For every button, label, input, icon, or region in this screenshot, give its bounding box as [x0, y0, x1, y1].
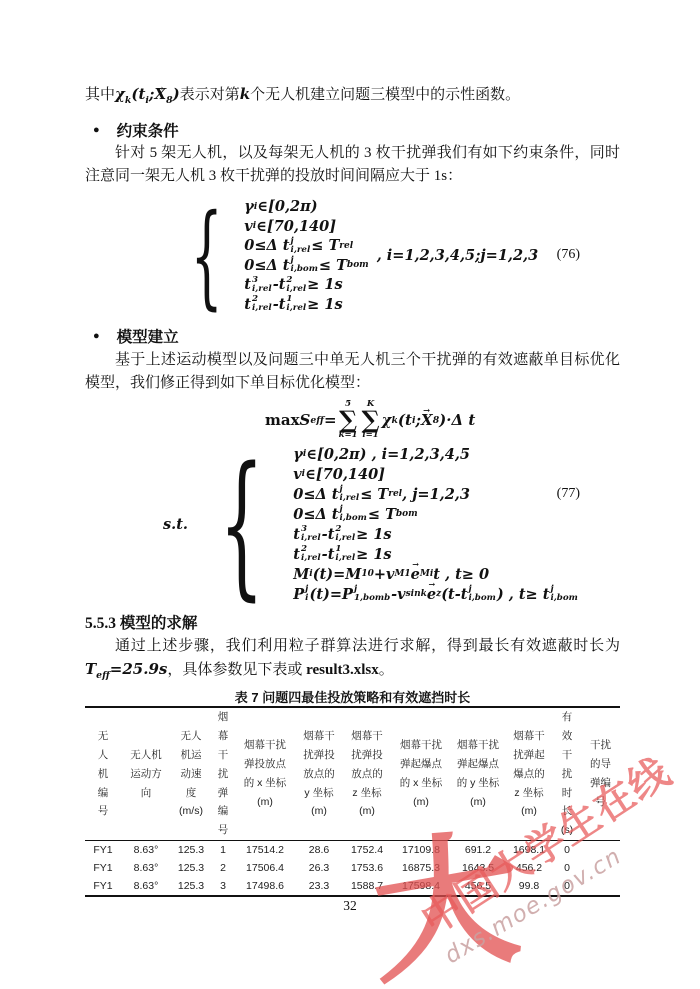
eq-line: Mi(t)=M10+vM1→eMit , t≥ 0 — [293, 564, 579, 584]
table-cell: 0 — [553, 877, 581, 896]
solve-text-mid: ，具体参数见下表或 — [167, 662, 306, 678]
col-header-drop-z: 烟幕干扰弹投放点的 z 坐标 (m) — [343, 707, 391, 841]
table-cell: 17498.6 — [235, 877, 295, 896]
table-cell: 2 — [211, 859, 235, 877]
section-title: 约束条件 — [117, 119, 179, 141]
equation-number: (76) — [557, 247, 580, 263]
equation-lines: γi∈[0,2π) vi∈[70,140] 0≤Δ tji,rel≤ Trel … — [244, 197, 368, 314]
table-row: FY1 8.63° 125.3 3 17498.6 23.3 1588.7 17… — [85, 877, 620, 896]
col-header-drop-y: 烟幕干扰弹投放点的 y 坐标 (m) — [295, 707, 343, 841]
paper-page: 其中χk(ti;→X8)表示对第k个无人机建立问题三模型中的示性函数。 ● 约束… — [0, 0, 700, 989]
col-header-drop-x: 烟幕干扰弹投放点的 x 坐标 (m) — [235, 707, 295, 841]
section-constraints-heading: ● 约束条件 — [93, 119, 179, 141]
equation-76: { γi∈[0,2π) vi∈[70,140] 0≤Δ tji,rel≤ Tre… — [85, 197, 620, 319]
table-caption: 表 7 问题四最佳投放策略和有效遮挡时长 — [85, 687, 620, 706]
inline-math-k: k — [240, 85, 250, 103]
bullet-icon: ● — [93, 331, 100, 342]
subject-to-label: s.t. — [163, 516, 188, 533]
intro-paragraph: 其中χk(ti;→X8)表示对第k个无人机建立问题三模型中的示性函数。 — [85, 83, 620, 112]
table-cell: 1698.1 — [505, 841, 553, 860]
table-cell: 691.2 — [451, 841, 505, 860]
table-cell: 125.3 — [171, 859, 211, 877]
constraints-paragraph: 针对 5 架无人机，以及每架无人机的 3 枚干扰弹我们有如下约束条件，同时注意同… — [85, 142, 620, 188]
solve-text-start: 通过上述步骤，我们利用粒子群算法进行求解，得到最长有效遮蔽时长为 — [115, 638, 620, 654]
table-cell: 8.63° — [121, 877, 171, 896]
objective-equation: max Seff=5∑k=1K∑i=1χk(ti;→X8)·Δ t — [85, 396, 620, 444]
col-header-duration: 有效干扰时长(s) — [553, 707, 581, 841]
page-number: 32 — [0, 898, 700, 914]
eq-line: Pji(t)=Pj1,bomb-vsink→ez(t-tji,bom) , t≥… — [293, 584, 579, 604]
eq-line: 0≤Δ tji,bom≤ Tbom — [293, 504, 579, 524]
table-cell: 125.3 — [171, 877, 211, 896]
table-cell: 125.3 — [171, 841, 211, 860]
col-header-uav-id: 无人机编号 — [85, 707, 121, 841]
table-cell: 16875.3 — [391, 859, 451, 877]
eq-line: t3i,rel-t2i,rel≥ 1s — [293, 524, 579, 544]
table-cell: FY1 — [85, 877, 121, 896]
table-cell: 17514.2 — [235, 841, 295, 860]
table-cell: 0 — [553, 841, 581, 860]
results-table: 无人机编号 无人机运动方向 无人机运动速度(m/s) 烟幕干扰弹编号 烟幕干扰弹… — [85, 706, 620, 897]
section-title: 模型建立 — [117, 325, 179, 347]
table-cell: 1752.4 — [343, 841, 391, 860]
eq-line: 0≤Δ tji,rel≤ Trel , j=1,2,3 — [293, 484, 579, 504]
intro-prefix: 其中 — [85, 87, 115, 103]
col-header-speed: 无人机运动速度(m/s) — [171, 707, 211, 841]
table-cell: 1643.5 — [451, 859, 505, 877]
table-cell: 456.2 — [505, 859, 553, 877]
model-paragraph: 基于上述运动模型以及问题三中单无人机三个干扰弹的有效遮蔽单目标优化模型，我们修正… — [85, 349, 620, 395]
eq-line: 0≤Δ tji,bom≤ Tbom — [244, 256, 368, 276]
equation-lines: γi∈[0,2π) , i=1,2,3,4,5 vi∈[70,140] 0≤Δ … — [293, 444, 579, 604]
table-cell: 17598.4 — [391, 877, 451, 896]
table-cell: FY1 — [85, 841, 121, 860]
bullet-icon: ● — [93, 125, 100, 136]
eq-line: 0≤Δ tji,rel≤ Trel — [244, 236, 368, 256]
table-cell: 1753.6 — [343, 859, 391, 877]
col-header-burst-x: 烟幕干扰弹起爆点的 x 坐标 (m) — [391, 707, 451, 841]
table-cell: FY1 — [85, 859, 121, 877]
table-cell: 0 — [553, 859, 581, 877]
eq-line: γi∈[0,2π) , i=1,2,3,4,5 — [293, 444, 579, 464]
table-row: FY1 8.63° 125.3 1 17514.2 28.6 1752.4 17… — [85, 841, 620, 860]
subsection-heading: 5.5.3 模型的求解 — [85, 611, 197, 633]
table-cell: 456.5 — [451, 877, 505, 896]
table-cell — [581, 877, 620, 896]
table-cell: 1 — [211, 841, 235, 860]
table-row: FY1 8.63° 125.3 2 17506.4 26.3 1753.6 16… — [85, 859, 620, 877]
table-cell: 26.3 — [295, 859, 343, 877]
eq-line: vi∈[70,140] — [293, 464, 579, 484]
col-header-direction: 无人机运动方向 — [121, 707, 171, 841]
section-model-heading: ● 模型建立 — [93, 325, 179, 347]
col-header-burst-y: 烟幕干扰弹起爆点的 y 坐标 (m) — [451, 707, 505, 841]
table-cell — [581, 859, 620, 877]
intro-mid: 表示对第 — [180, 87, 240, 103]
eq-line: t2i,rel-t1i,rel≥ 1s — [293, 544, 579, 564]
inline-math-chi: χk(ti;→X8) — [115, 85, 180, 103]
left-brace-icon: { — [191, 200, 223, 312]
col-header-missile-id: 干扰的导弹编号 — [581, 707, 620, 841]
inline-math-teff: Teff=25.9s — [85, 660, 167, 678]
table-cell: 8.63° — [121, 841, 171, 860]
solve-paragraph: 通过上述步骤，我们利用粒子群算法进行求解，得到最长有效遮蔽时长为Teff=25.… — [85, 635, 620, 687]
table-cell: 23.3 — [295, 877, 343, 896]
solve-text-end: 。 — [379, 662, 394, 678]
table-cell: 17109.8 — [391, 841, 451, 860]
table-cell: 17506.4 — [235, 859, 295, 877]
table-cell: 1588.7 — [343, 877, 391, 896]
objective-math: max Seff=5∑k=1K∑i=1χk(ti;→X8)·Δ t — [265, 396, 620, 444]
equation-number: (77) — [557, 486, 580, 502]
table-cell: 99.8 — [505, 877, 553, 896]
eq-condition: , i=1,2,3,4,5;j=1,2,3 — [377, 247, 539, 264]
intro-suffix: 个无人机建立问题三模型中的示性函数。 — [250, 87, 520, 103]
eq-line: γi∈[0,2π) — [244, 197, 368, 217]
eq-line: vi∈[70,140] — [244, 217, 368, 237]
table-cell: 28.6 — [295, 841, 343, 860]
equation-77: s.t. { γi∈[0,2π) , i=1,2,3,4,5 vi∈[70,14… — [85, 444, 620, 610]
col-header-burst-z: 烟幕干扰弹起爆点的 z 坐标 (m) — [505, 707, 553, 841]
eq-line: t2i,rel-t1i,rel≥ 1s — [244, 295, 368, 315]
table-cell: 8.63° — [121, 859, 171, 877]
col-header-bomb-id: 烟幕干扰弹编号 — [211, 707, 235, 841]
left-brace-icon: { — [219, 446, 264, 602]
eq-line: t3i,rel-t2i,rel≥ 1s — [244, 275, 368, 295]
result-filename: result3.xlsx — [306, 662, 379, 678]
table-cell: 3 — [211, 877, 235, 896]
table-cell — [581, 841, 620, 860]
table-header-row: 无人机编号 无人机运动方向 无人机运动速度(m/s) 烟幕干扰弹编号 烟幕干扰弹… — [85, 707, 620, 841]
